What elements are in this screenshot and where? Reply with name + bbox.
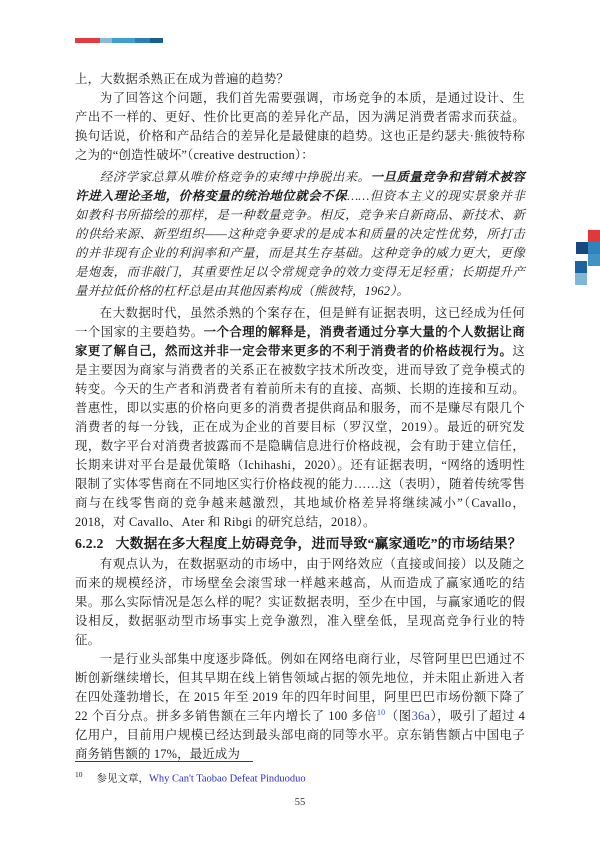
paragraph-2: 在大数据时代，虽然杀熟的个案存在，但是鲜有证据表明，这已经成为任何一个国家的主要… [75,304,525,532]
logo-bar-segment-medium-blue [135,38,150,43]
section-heading-number: 6.2.2 [75,536,104,551]
carryover-paragraph: 上，大数据杀熟正在成为普遍的趋势？ [75,70,525,89]
figure-ref-36a[interactable]: 36a [412,709,431,723]
logo-bar-segment-light-blue [100,38,112,43]
logo-bar-segment-dark-blue [150,38,163,43]
pixel-square-steel [588,242,600,254]
pixel-square-red [588,230,600,242]
logo-bar-segment-red [75,38,100,43]
footnote-prefix: 参见文章， [97,774,150,785]
quote-run-1: 经济学家总算从唯价格竞争的束缚中挣脱出来。 [100,170,371,184]
paragraph-1: 为了回答这个问题，我们首先需要强调，市场竞争的本质，是通过设计、生产出不一样的、… [75,89,525,165]
logo-bar-segment-sky-blue [112,38,135,43]
pixel-square-navy [576,242,588,254]
pixel-square-teal [588,254,600,266]
pixel-square-light-blue [575,273,587,285]
quote-run-3: ……但资本主义的现实景象并非如教科书所描绘的那样，是一种数量竞争。相反，竞争来自… [75,189,525,298]
pixel-square-blue [575,261,587,273]
page-number: 55 [0,797,600,808]
blockquote-schumpeter: 经济学家总算从唯价格竞争的束缚中挣脱出来。一旦质量竞争和营销术被容许进入理论圣地… [75,168,525,301]
body-text: 上，大数据杀熟正在成为普遍的趋势？ 为了回答这个问题，我们首先需要强调，市场竞争… [75,70,525,764]
p4-run-2: （图 [385,709,411,723]
publisher-logo-bar [75,38,163,43]
footnote: 10参见文章，Why Can't Taobao Defeat Pinduoduo [75,767,525,787]
paragraph-3: 有观点认为，在数据驱动的市场中，由于网络效应（直接或间接）以及随之而来的规模经济… [75,555,525,650]
section-heading-title: 大数据在多大程度上妨碍竞争，进而导致“赢家通吃”的市场结果？ [116,536,522,551]
p2-run-3: 这是主要因为商家与消费者的关系正在被数字技术所改变，进而导致了竞争模式的转变。今… [75,344,525,529]
footnote-marker: 10 [75,770,83,779]
footnote-divider [75,761,253,762]
section-heading: 6.2.2大数据在多大程度上妨碍竞争，进而导致“赢家通吃”的市场结果？ [75,532,525,555]
paragraph-4: 一是行业头部集中度逐步降低。例如在网络电商行业，尽管阿里巴巴通过不断创新继续增长… [75,650,525,764]
document-page: 上，大数据杀熟正在成为普遍的趋势？ 为了回答这个问题，我们首先需要强调，市场竞争… [0,0,600,848]
footnote-link[interactable]: Why Can't Taobao Defeat Pinduoduo [149,774,306,785]
